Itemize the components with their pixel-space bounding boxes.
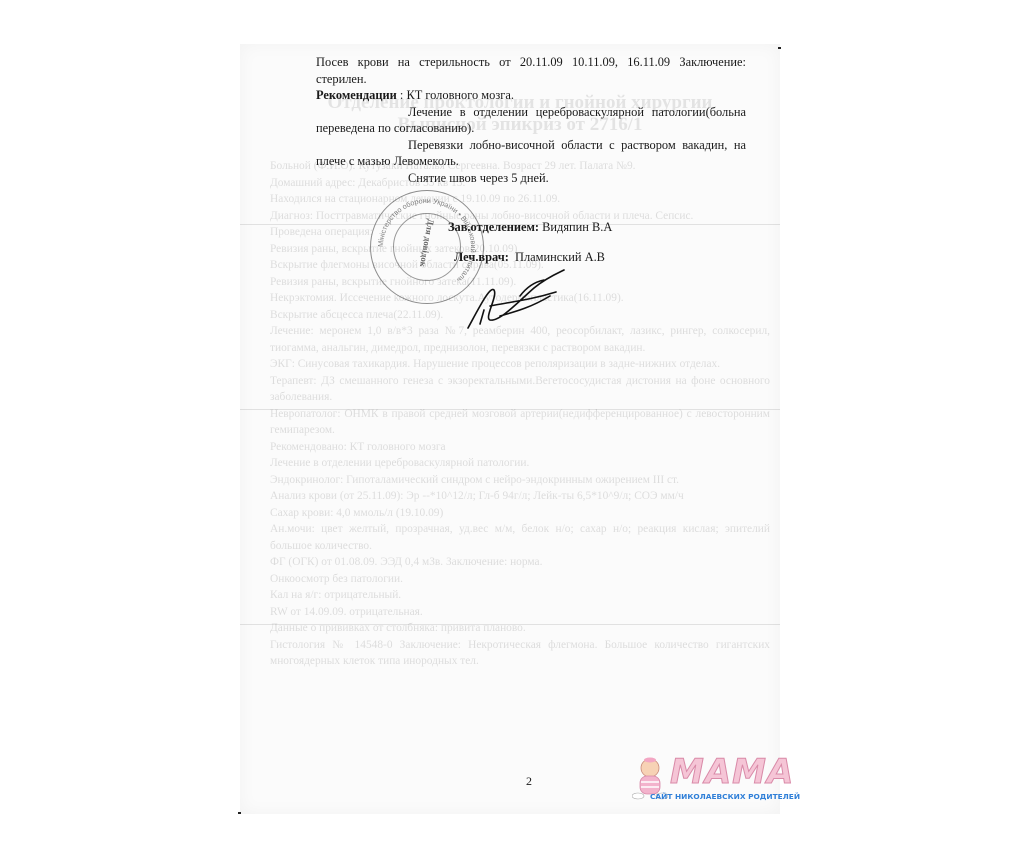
scanned-page: Отделение проктологии и гнойной хирургии…	[240, 44, 780, 814]
bleed-line: Рекомендовано: КТ головного мозга	[270, 439, 770, 456]
bleed-line: Ан.мочи: цвет желтый, прозрачная, уд.вес…	[270, 521, 770, 554]
logo-title: МАМА	[670, 752, 794, 792]
attending-doctor-signature-line: Леч.врач: Пламинский А.В	[454, 250, 605, 265]
head-label: Зав.отделением:	[448, 220, 539, 234]
recommendation-item: Снятие швов через 5 дней.	[316, 170, 746, 187]
head-name: Видяпин В.А	[539, 220, 612, 234]
bleed-line: RW от 14.09.09. отрицательная.	[270, 604, 770, 621]
doctor-name: Пламинский А.В	[509, 250, 605, 264]
scan-mark	[238, 812, 241, 814]
bleed-line: Терапевт: ДЗ смешанного генеза с экзорек…	[270, 373, 770, 406]
bleed-line: Онкоосмотр без патологии.	[270, 571, 770, 588]
document-body: Посев крови на стерильность от 20.11.09 …	[316, 54, 746, 186]
head-of-department-signature-line: Зав.отделением: Видяпин В.А	[448, 220, 612, 235]
stamp-center-text: Для довідок	[416, 210, 437, 277]
page-number: 2	[526, 774, 532, 789]
recommendations-line: Рекомендации : КТ головного мозга.	[316, 87, 746, 104]
doctor-label: Леч.врач:	[454, 250, 509, 264]
blood-culture-line: Посев крови на стерильность от 20.11.09 …	[316, 54, 746, 87]
bleed-line: Сахар крови: 4,0 ммоль/л (19.10.09)	[270, 505, 770, 522]
bleed-through-text: Отделение проктологии и гнойной хирургии…	[270, 172, 770, 670]
recommendation-item: Перевязки лобно-височной области с раств…	[316, 137, 746, 170]
recommendations-text: : КТ головного мозга.	[397, 88, 514, 102]
bleed-line: Невропатолог: ОНМК в правой средней мозг…	[270, 406, 770, 439]
site-watermark-logo: МАМА САЙТ НИКОЛАЕВСКИХ РОДИТЕЛЕЙ	[640, 752, 790, 812]
scan-mark	[778, 47, 781, 49]
bleed-line: Гистология № 14548-0 Заключение: Некроти…	[270, 637, 770, 670]
recommendation-item: Лечение в отделении цереброваскулярной п…	[316, 104, 746, 137]
logo-subtitle: САЙТ НИКОЛАЕВСКИХ РОДИТЕЛЕЙ	[650, 792, 800, 801]
recommendations-label: Рекомендации	[316, 88, 397, 102]
handwritten-signature-icon	[460, 266, 570, 336]
bleed-line: ФГ (ОГК) от 01.08.09. ЭЭД 0,4 мЗв. Заклю…	[270, 554, 770, 571]
bleed-line: ЭКГ: Синусовая тахикардия. Нарушение про…	[270, 356, 770, 373]
bleed-line: Лечение в отделении цереброваскулярной п…	[270, 455, 770, 472]
bleed-line: Эндокринолог: Гипоталамический синдром с…	[270, 472, 770, 489]
bleed-line: Кал на я/г: отрицательный.	[270, 587, 770, 604]
bleed-line: Находился на стационарном лечении с 19.1…	[270, 191, 770, 208]
bleed-line: Данные о прививках от столбняка: привита…	[270, 620, 770, 637]
bleed-line: Анализ крови (от 25.11.09): Эр --*10^12/…	[270, 488, 770, 505]
